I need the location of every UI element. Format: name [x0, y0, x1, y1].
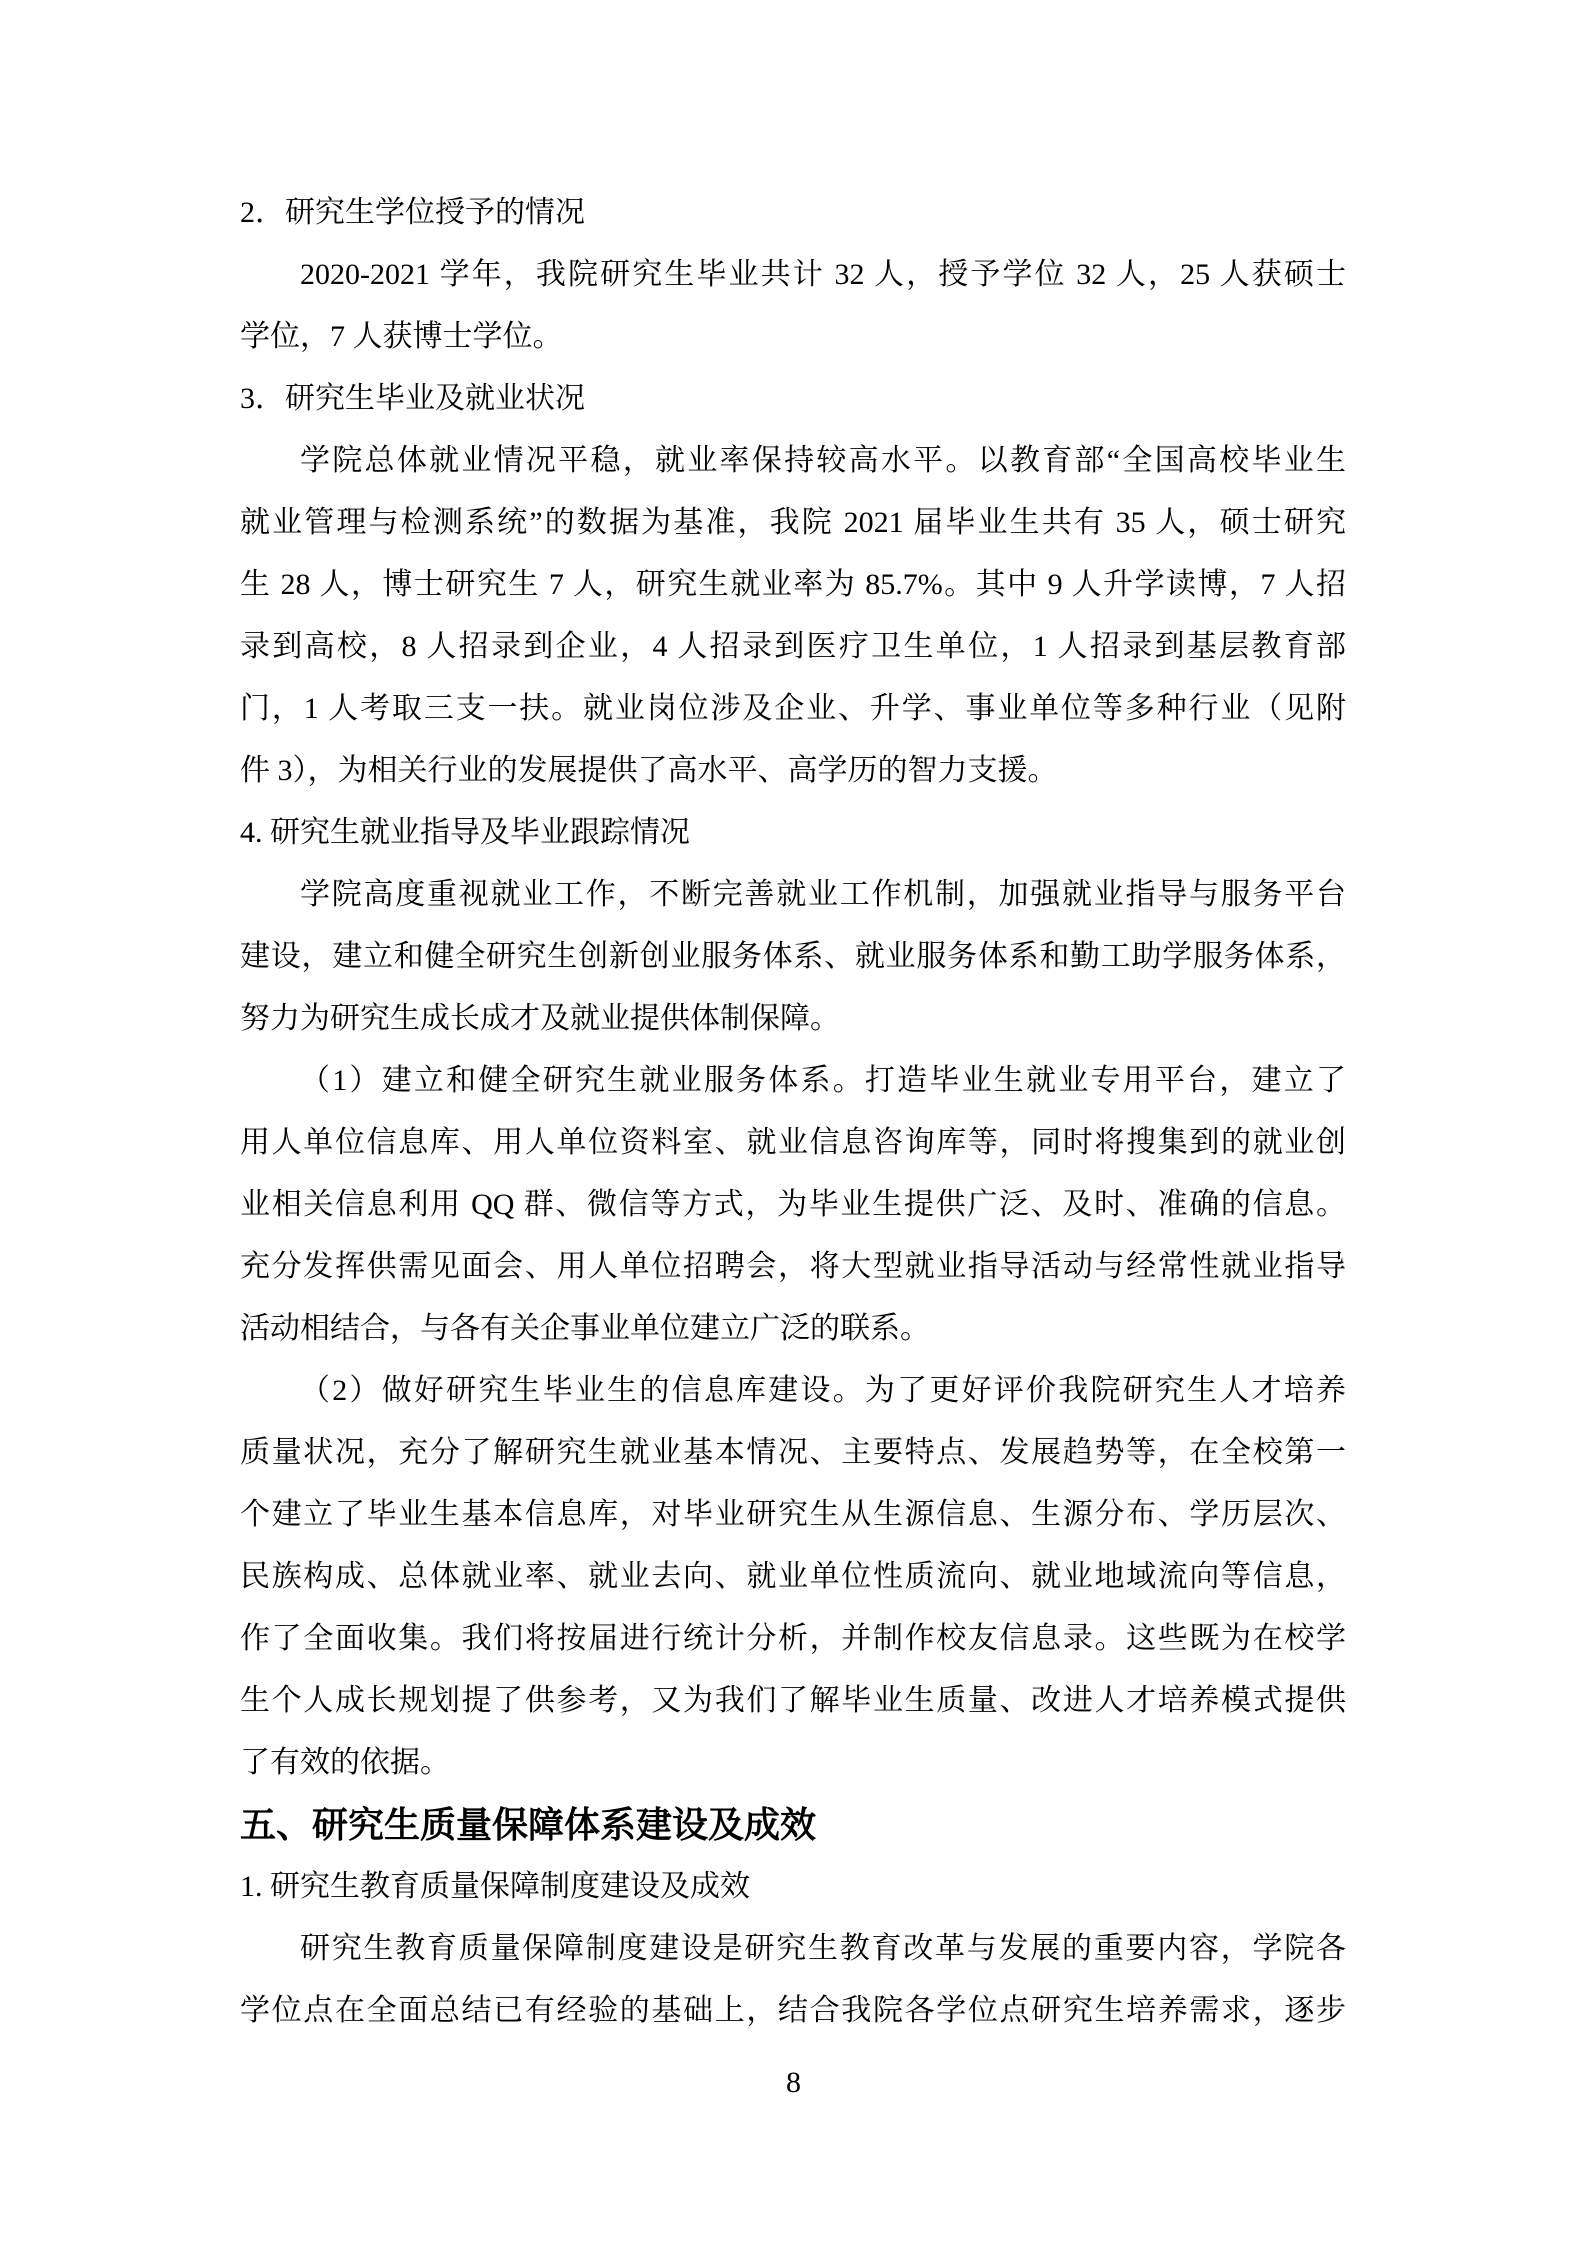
doc-line: 作了全面收集。我们将按届进行统计分析，并制作校友信息录。这些既为在校学: [240, 1608, 1346, 1670]
doc-line: 门，1 人考取三支一扶。就业岗位涉及企业、升学、事业单位等多种行业（见附: [240, 678, 1346, 740]
page-number: 8: [0, 2052, 1587, 2114]
doc-line: 充分发挥供需见面会、用人单位招聘会，将大型就业指导活动与经常性就业指导: [240, 1236, 1346, 1298]
doc-line: 研究生教育质量保障制度建设是研究生教育改革与发展的重要内容，学院各: [240, 1918, 1346, 1980]
doc-line: 建设，建立和健全研究生创新创业服务体系、就业服务体系和勤工助学服务体系，: [240, 926, 1346, 988]
list-item-2: 2．研究生学位授予的情况: [240, 182, 1346, 244]
text-block: 2．研究生学位授予的情况 2020-2021 学年，我院研究生毕业共计 32 人…: [240, 182, 1346, 2042]
doc-line: 就业管理与检测系统”的数据为基准，我院 2021 届毕业生共有 35 人，硕士研…: [240, 492, 1346, 554]
doc-line: 学院总体就业情况平稳，就业率保持较高水平。以教育部“全国高校毕业生: [240, 430, 1346, 492]
doc-line: 质量状况，充分了解研究生就业基本情况、主要特点、发展趋势等，在全校第一: [240, 1422, 1346, 1484]
doc-line: 个建立了毕业生基本信息库，对毕业研究生从生源信息、生源分布、学历层次、: [240, 1484, 1346, 1546]
doc-line: 生个人成长规划提了供参考，又为我们了解毕业生质量、改进人才培养模式提供: [240, 1670, 1346, 1732]
list-item-1: 1. 研究生教育质量保障制度建设及成效: [240, 1856, 1346, 1918]
doc-line: 录到高校，8 人招录到企业，4 人招录到医疗卫生单位，1 人招录到基层教育部: [240, 616, 1346, 678]
doc-line: 活动相结合，与各有关企事业单位建立广泛的联系。: [240, 1298, 1346, 1360]
doc-line: 了有效的依据。: [240, 1732, 1346, 1794]
doc-line: 学位点在全面总结已有经验的基础上，结合我院各学位点研究生培养需求，逐步: [240, 1980, 1346, 2042]
doc-line: 民族构成、总体就业率、就业去向、就业单位性质流向、就业地域流向等信息，: [240, 1546, 1346, 1608]
doc-line: 学位，7 人获博士学位。: [240, 306, 1346, 368]
list-item-4: 4. 研究生就业指导及毕业跟踪情况: [240, 802, 1346, 864]
doc-line: 生 28 人，博士研究生 7 人，研究生就业率为 85.7%。其中 9 人升学读…: [240, 554, 1346, 616]
doc-line: 学院高度重视就业工作，不断完善就业工作机制，加强就业指导与服务平台: [240, 864, 1346, 926]
section-heading: 五、研究生质量保障体系建设及成效: [240, 1794, 1346, 1856]
doc-line: （2）做好研究生毕业生的信息库建设。为了更好评价我院研究生人才培养: [240, 1360, 1346, 1422]
document-page: 2．研究生学位授予的情况 2020-2021 学年，我院研究生毕业共计 32 人…: [0, 0, 1587, 2245]
doc-line: 2020-2021 学年，我院研究生毕业共计 32 人，授予学位 32 人，25…: [240, 244, 1346, 306]
doc-line: （1）建立和健全研究生就业服务体系。打造毕业生就业专用平台，建立了: [240, 1050, 1346, 1112]
list-item-3: 3．研究生毕业及就业状况: [240, 368, 1346, 430]
doc-line: 业相关信息利用 QQ 群、微信等方式，为毕业生提供广泛、及时、准确的信息。: [240, 1174, 1346, 1236]
doc-line: 用人单位信息库、用人单位资料室、就业信息咨询库等，同时将搜集到的就业创: [240, 1112, 1346, 1174]
doc-line: 件 3），为相关行业的发展提供了高水平、高学历的智力支援。: [240, 740, 1346, 802]
doc-line: 努力为研究生成长成才及就业提供体制保障。: [240, 988, 1346, 1050]
